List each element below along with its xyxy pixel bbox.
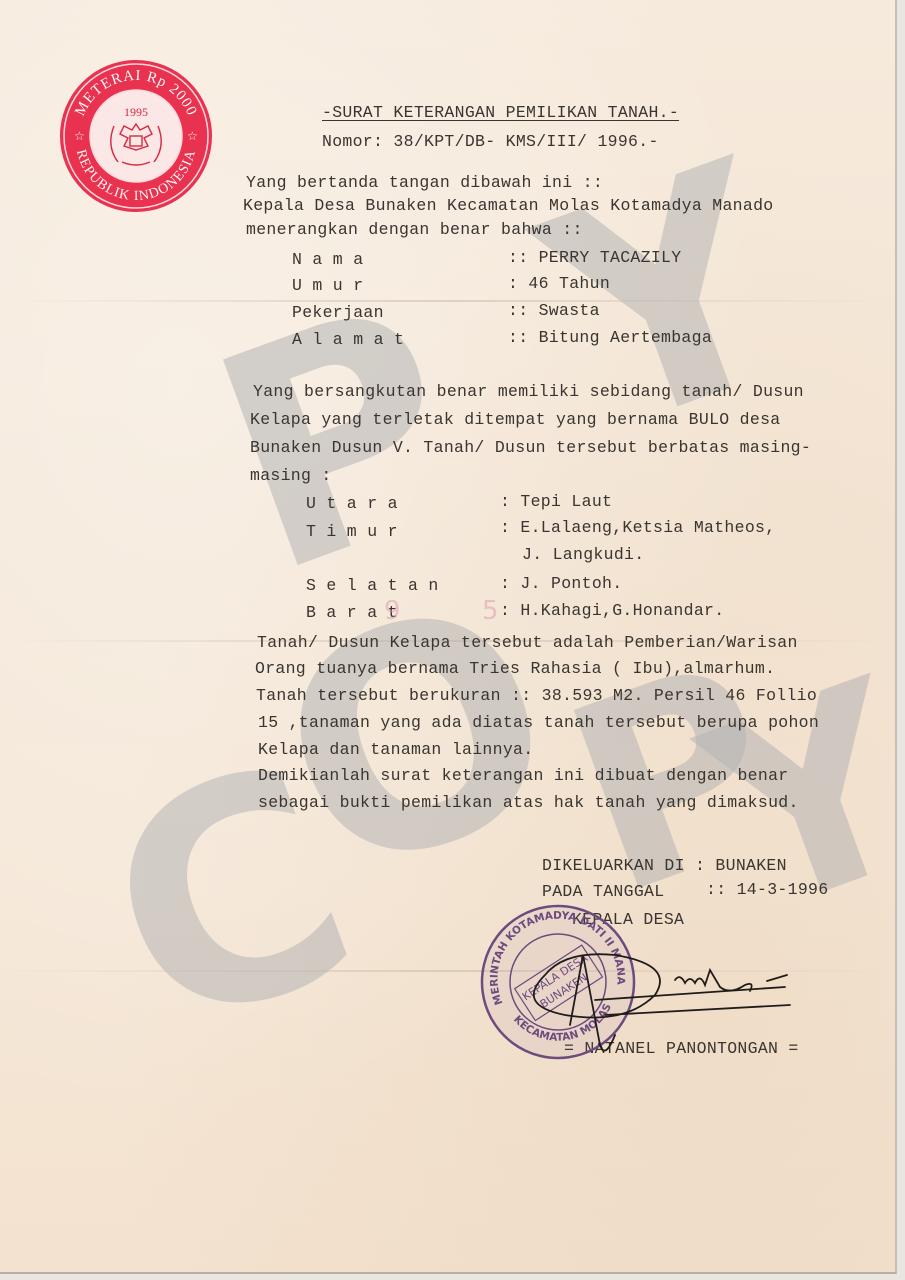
issued-date-label: PADA TANGGAL [542,884,664,901]
intro-line: menerangkan dengan benar bahwa :: [246,222,583,239]
field-value-occupation: :: Swasta [508,303,600,320]
issued-place: DIKELUARKAN DI : BUNAKEN [542,858,787,875]
land-paragraph-line: Kelapa yang terletak ditempat yang berna… [250,412,780,429]
faint-stamp-number: 9 [384,596,401,626]
field-value-name: :: PERRY TACAZILY [508,250,681,267]
signature-icon [505,915,805,1065]
closing-line: Demikianlah surat keterangan ini dibuat … [258,768,788,785]
field-value-address: :: Bitung Aertembaga [508,330,712,347]
boundary-value-south: : J. Pontoh. [500,576,622,593]
boundary-label-east: T i m u r [306,524,398,541]
origin-paragraph-line: Tanah tersebut berukuran :: 38.593 M2. P… [256,688,817,705]
document-number: Nomor: 38/KPT/DB- KMS/III/ 1996.- [322,134,659,151]
intro-line: Yang bertanda tangan dibawah ini :: [246,175,603,192]
document-page: C O P Y P Y METERAI Rp 2000 REPUBLIK IND… [0,0,897,1274]
origin-paragraph-line: Kelapa dan tanaman lainnya. [258,742,533,759]
origin-paragraph-line: 15 ,tanaman yang ada diatas tanah terseb… [258,715,819,732]
svg-text:☆: ☆ [74,129,85,143]
stamp-year: 1995 [124,105,148,119]
origin-paragraph-line: Orang tuanya bernama Tries Rahasia ( Ibu… [255,661,775,678]
closing-line: sebagai bukti pemilikan atas hak tanah y… [258,795,799,812]
land-paragraph-line: masing : [250,468,332,485]
boundary-label-south: S e l a t a n [306,578,439,595]
boundary-label-north: U t a r a [306,496,398,513]
revenue-stamp: METERAI Rp 2000 REPUBLIK INDONESIA ☆ ☆ 1… [58,58,214,214]
field-label-age: U m u r [292,278,363,295]
boundary-value-west: : H.Kahagi,G.Honandar. [500,603,724,620]
boundary-value-east: : E.Lalaeng,Ketsia Matheos, [500,520,775,537]
field-label-occupation: Pekerjaan [292,305,384,322]
field-label-address: A l a m a t [292,332,404,349]
intro-line: Kepala Desa Bunaken Kecamatan Molas Kota… [243,198,773,215]
boundary-value-east-cont: J. Langkudi. [522,547,644,564]
issued-date-value: :: 14-3-1996 [706,882,828,899]
field-label-name: N a m a [292,252,363,269]
land-paragraph-line: Bunaken Dusun V. Tanah/ Dusun tersebut b… [250,440,811,457]
boundary-value-north: : Tepi Laut [500,494,612,511]
origin-paragraph-line: Tanah/ Dusun Kelapa tersebut adalah Pemb… [257,635,798,652]
faint-stamp-number: 5 [482,596,499,626]
paper-fold [0,300,895,302]
svg-text:☆: ☆ [187,129,198,143]
land-paragraph-line: Yang bersangkutan benar memiliki sebidan… [253,384,804,401]
document-title: -SURAT KETERANGAN PEMILIKAN TANAH.- [322,105,679,122]
field-value-age: : 46 Tahun [508,276,610,293]
